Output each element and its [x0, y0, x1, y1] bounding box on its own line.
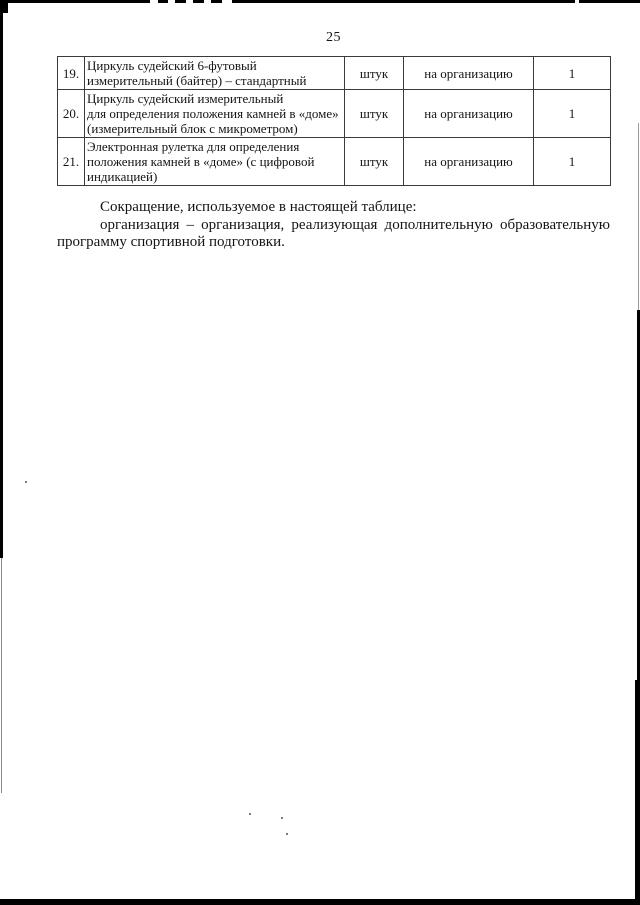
equipment-name: Циркуль судейский измерительный для опре… [85, 90, 345, 138]
scan-corner-top-left [0, 0, 8, 13]
scan-edge-left [0, 0, 3, 558]
document-page: 25 19. Циркуль судейский 6-футовый измер… [0, 0, 640, 905]
scan-edge-left-faint [1, 558, 2, 793]
scan-edge-right-faint [638, 123, 639, 313]
scan-gap [575, 0, 579, 3]
calculation-basis: на организацию [404, 57, 534, 90]
scan-gap [186, 0, 193, 3]
equipment-name: Циркуль судейский 6-футовый измерительны… [85, 57, 345, 90]
unit-of-measure: штук [345, 57, 404, 90]
scan-edge-right-thick [635, 680, 640, 905]
table-row: 20. Циркуль судейский измерительный для … [58, 90, 611, 138]
row-number: 21. [58, 138, 85, 186]
unit-of-measure: штук [345, 138, 404, 186]
scan-gap [168, 0, 175, 3]
scan-speck [281, 817, 283, 819]
scan-speck [249, 813, 251, 815]
scan-edge-top [0, 0, 640, 3]
note-definition: организация – организация, реализующая д… [57, 217, 610, 252]
scan-gap [204, 0, 211, 3]
note-intro: Сокращение, используемое в настоящей таб… [57, 199, 610, 217]
page-number: 25 [57, 30, 610, 46]
equipment-name: Электронная рулетка для определения поло… [85, 138, 345, 186]
unit-of-measure: штук [345, 90, 404, 138]
quantity: 1 [534, 57, 611, 90]
scan-speck [25, 481, 27, 483]
quantity: 1 [534, 90, 611, 138]
scan-gap [150, 0, 158, 3]
table-row: 21. Электронная рулетка для определения … [58, 138, 611, 186]
row-number: 19. [58, 57, 85, 90]
calculation-basis: на организацию [404, 90, 534, 138]
row-number: 20. [58, 90, 85, 138]
equipment-table: 19. Циркуль судейский 6-футовый измерите… [57, 56, 611, 186]
quantity: 1 [534, 138, 611, 186]
table-row: 19. Циркуль судейский 6-футовый измерите… [58, 57, 611, 90]
calculation-basis: на организацию [404, 138, 534, 186]
scan-speck [286, 833, 288, 835]
scan-gap [222, 0, 232, 3]
scan-edge-bottom [0, 899, 640, 905]
abbreviation-note: Сокращение, используемое в настоящей таб… [57, 199, 610, 252]
